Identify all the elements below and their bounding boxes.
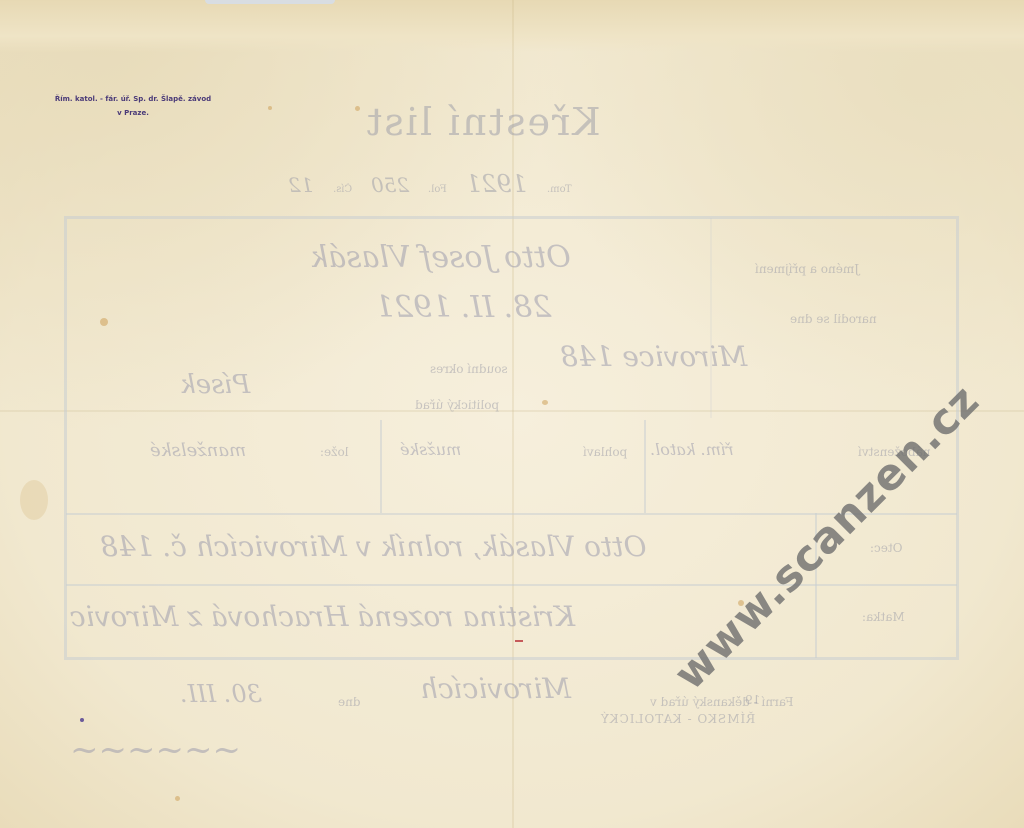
label-district: soudní okres [430,362,508,376]
footer-stamp-text: ŘÍMSKO - KATOLICKÝ [600,712,755,726]
handwritten-mother: Kristina rozená Hrachová z Mirovic [70,600,575,633]
label-name: Jméno a příjmení [755,262,859,276]
top-tear [205,0,335,4]
handwritten-legit: manželské [150,440,246,461]
red-mark [515,640,523,642]
label-mother: Matka: [862,610,905,624]
handwritten-signature: ~~~~~~ [70,730,241,770]
handwritten-date: 30. III. [180,680,262,708]
stain [175,796,180,801]
label-date: dne [338,695,361,709]
handwritten-religion: řím. katol. [650,440,734,459]
stain [355,106,360,111]
label-legit: lože: [320,445,349,459]
stamp-line-1: Řím. katol. - fár. úř. Sp. dr. Šlapě. zá… [48,92,218,106]
handwritten-place: Mirovice 148 [560,340,747,373]
handwritten-political: Písek [180,370,250,400]
divider [66,584,957,586]
divider [380,420,382,513]
label-born: narodil se dne [790,312,877,326]
stamp-line-2: v Praze. [48,106,218,120]
registry-line: 12 Čís. 250 Fol. 1921 Tom. [280,170,700,198]
label-sex: pohlaví [583,445,627,459]
stain [268,106,272,110]
handwritten-office: Mirovicích [420,672,571,705]
ink-dot [80,718,84,722]
form-frame [64,216,959,660]
stain [20,480,48,520]
label-father: Otec: [870,541,903,555]
document-title: Křestní list [365,100,601,144]
office-stamp: Řím. katol. - fár. úř. Sp. dr. Šlapě. zá… [48,92,218,120]
divider [710,218,712,418]
label-political: politický úřad [415,398,499,412]
handwritten-sex: mužské [400,440,461,459]
divider [644,420,646,513]
handwritten-born: 28. II. 1921 [375,290,551,325]
handwritten-father: Otto Vlasák, rolník v Mirovicích č. 148 [100,530,647,563]
label-office: Farní - děkanský úřad v [650,695,794,709]
label-year: 19 [745,693,760,707]
handwritten-name: Otto Josef Vlasák [310,240,571,275]
